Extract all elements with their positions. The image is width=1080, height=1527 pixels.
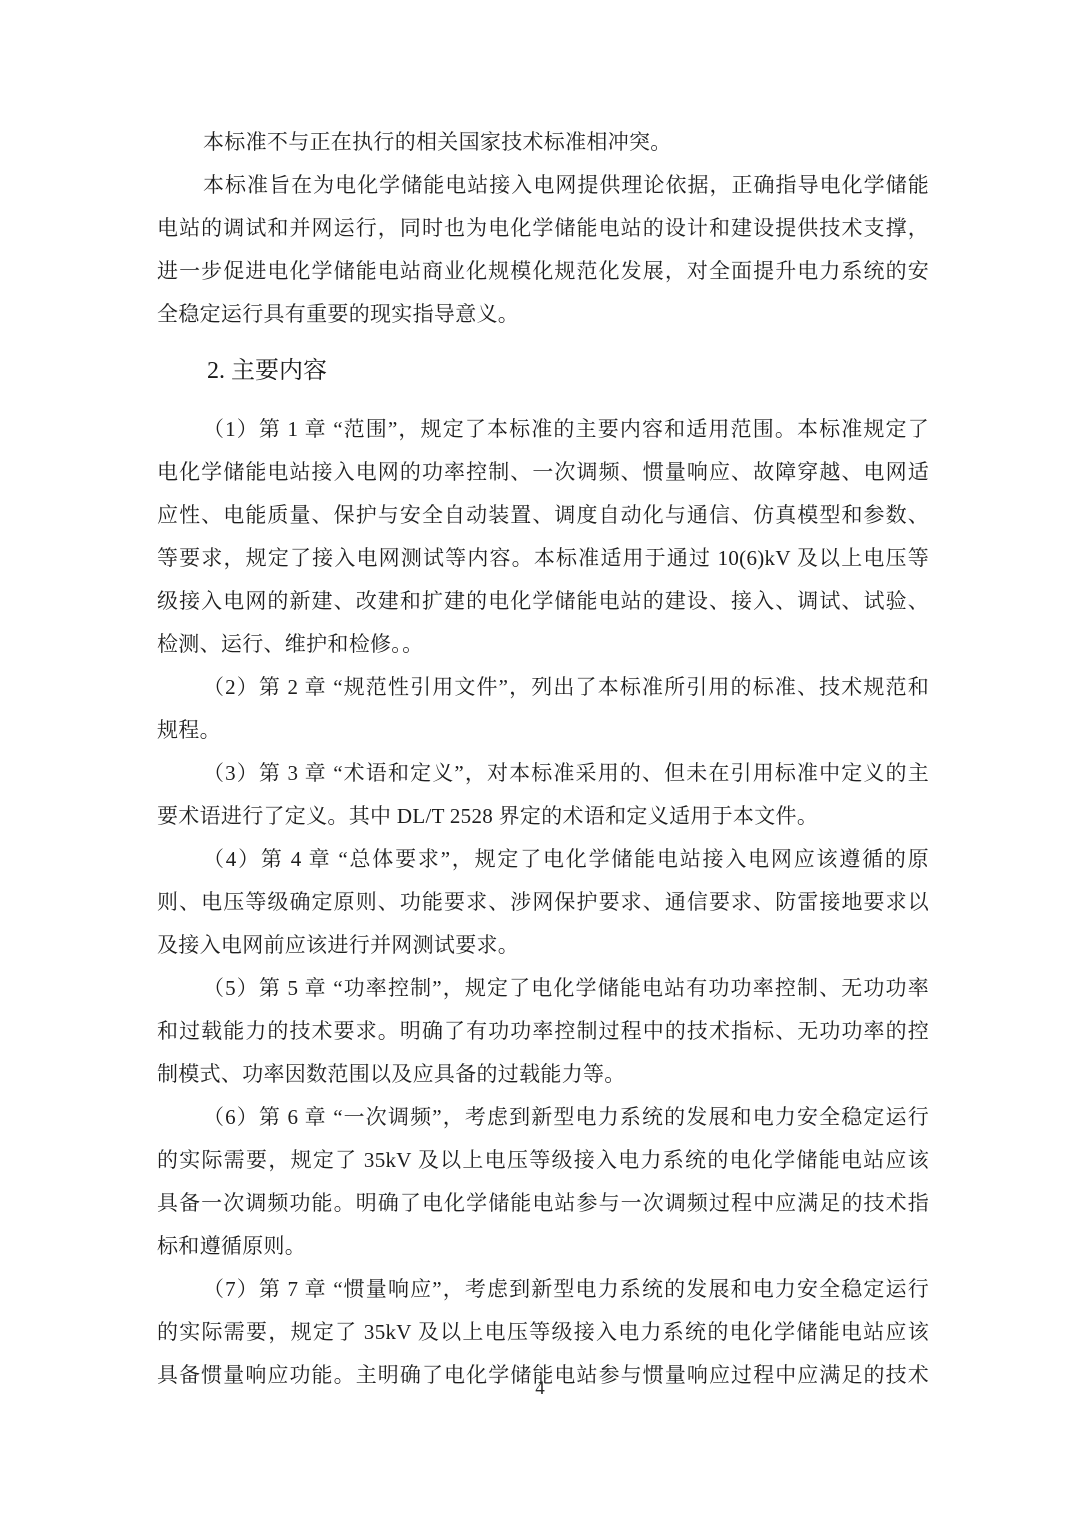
text-line: （4）第 4 章 “总体要求”，规定了电化学储能电站接入电网应该遵循的原 (157, 838, 929, 881)
text-line: （2）第 2 章 “规范性引用文件”，列出了本标准所引用的标准、技术规范和 (157, 666, 929, 709)
text-line: 制模式、功率因数范围以及应具备的过载能力等。 (157, 1053, 929, 1096)
section-heading: 2. 主要内容 (157, 346, 929, 396)
text-line: 的实际需要，规定了 35kV 及以上电压等级接入电力系统的电化学储能电站应该 (157, 1139, 929, 1182)
paragraph: （6）第 6 章 “一次调频”，考虑到新型电力系统的发展和电力安全稳定运行的实际… (157, 1096, 929, 1268)
document-page: 本标准不与正在执行的相关国家技术标准相冲突。本标准旨在为电化学储能电站接入电网提… (0, 0, 1080, 1527)
text-line: （3）第 3 章 “术语和定义”，对本标准采用的、但未在引用标准中定义的主 (157, 752, 929, 795)
text-line: 要术语进行了定义。其中 DL/T 2528 界定的术语和定义适用于本文件。 (157, 795, 929, 838)
text-line: （7）第 7 章 “惯量响应”，考虑到新型电力系统的发展和电力安全稳定运行 (157, 1268, 929, 1311)
text-line: 进一步促进电化学储能电站商业化规模化规范化发展，对全面提升电力系统的安 (157, 250, 929, 293)
page-number: 4 (0, 1378, 1080, 1400)
text-line: （1）第 1 章 “范围”，规定了本标准的主要内容和适用范围。本标准规定了 (157, 408, 929, 451)
text-line: 具备一次调频功能。明确了电化学储能电站参与一次调频过程中应满足的技术指 (157, 1182, 929, 1225)
text-line: 及接入电网前应该进行并网测试要求。 (157, 924, 929, 967)
text-line: 电化学储能电站接入电网的功率控制、一次调频、惯量响应、故障穿越、电网适 (157, 451, 929, 494)
text-line: 则、电压等级确定原则、功能要求、涉网保护要求、通信要求、防雷接地要求以 (157, 881, 929, 924)
text-line: （6）第 6 章 “一次调频”，考虑到新型电力系统的发展和电力安全稳定运行 (157, 1096, 929, 1139)
text-line: 电站的调试和并网运行，同时也为电化学储能电站的设计和建设提供技术支撑， (157, 207, 929, 250)
text-line: 等要求，规定了接入电网测试等内容。本标准适用于通过 10(6)kV 及以上电压等 (157, 537, 929, 580)
text-line: 应性、电能质量、保护与安全自动装置、调度自动化与通信、仿真模型和参数、 (157, 494, 929, 537)
paragraph: （3）第 3 章 “术语和定义”，对本标准采用的、但未在引用标准中定义的主要术语… (157, 752, 929, 838)
text-line: 的实际需要，规定了 35kV 及以上电压等级接入电力系统的电化学储能电站应该 (157, 1311, 929, 1354)
paragraph: （5）第 5 章 “功率控制”，规定了电化学储能电站有功功率控制、无功功率和过载… (157, 967, 929, 1096)
text-line: （5）第 5 章 “功率控制”，规定了电化学储能电站有功功率控制、无功功率 (157, 967, 929, 1010)
paragraph: 本标准旨在为电化学储能电站接入电网提供理论依据，正确指导电化学储能电站的调试和并… (157, 164, 929, 336)
text-line: 本标准不与正在执行的相关国家技术标准相冲突。 (157, 121, 929, 164)
text-line: 标和遵循原则。 (157, 1225, 929, 1268)
paragraph: （1）第 1 章 “范围”，规定了本标准的主要内容和适用范围。本标准规定了电化学… (157, 408, 929, 666)
text-line: 规程。 (157, 709, 929, 752)
text-line: 级接入电网的新建、改建和扩建的电化学储能电站的建设、接入、调试、试验、 (157, 580, 929, 623)
text-line: 全稳定运行具有重要的现实指导意义。 (157, 293, 929, 336)
paragraph: （2）第 2 章 “规范性引用文件”，列出了本标准所引用的标准、技术规范和规程。 (157, 666, 929, 752)
text-line: 本标准旨在为电化学储能电站接入电网提供理论依据，正确指导电化学储能 (157, 164, 929, 207)
text-line: 和过载能力的技术要求。明确了有功功率控制过程中的技术指标、无功功率的控 (157, 1010, 929, 1053)
document-content: 本标准不与正在执行的相关国家技术标准相冲突。本标准旨在为电化学储能电站接入电网提… (157, 121, 929, 1397)
paragraph: （4）第 4 章 “总体要求”，规定了电化学储能电站接入电网应该遵循的原则、电压… (157, 838, 929, 967)
paragraph: 本标准不与正在执行的相关国家技术标准相冲突。 (157, 121, 929, 164)
text-line: 检测、运行、维护和检修。。 (157, 623, 929, 666)
